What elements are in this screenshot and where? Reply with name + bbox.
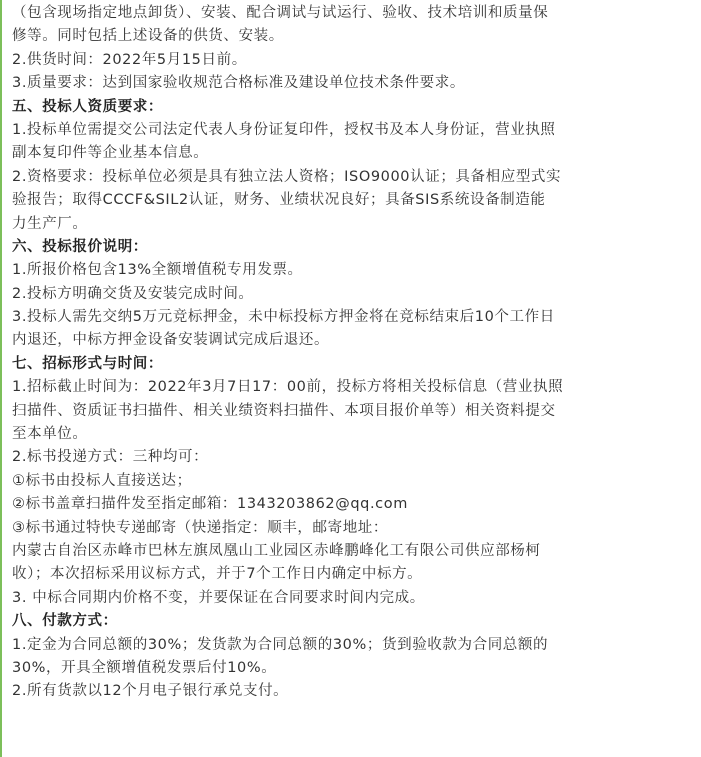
address-line: 内蒙古自治区赤峰市巴林左旗凤凰山工业园区赤峰鹏峰化工有限公司供应部杨柯: [12, 540, 701, 563]
text-line: 2.所有货款以12个月电子银行承兑支付。: [12, 680, 701, 703]
email-line: ②标书盖章扫描件发至指定邮箱：1343203862@qq.com: [12, 493, 701, 516]
text-line: 3.投标人需先交纳5万元竞标押金，未中标投标方押金将在竞标结束后10个工作日: [12, 306, 701, 329]
text-line: 1.定金为合同总额的30%；发货款为合同总额的30%；货到验收款为合同总额的: [12, 634, 701, 657]
text-line: 收）；本次招标采用议标方式，并于7个工作日内确定中标方。: [12, 563, 701, 586]
section-heading-bid-pricing: 六、投标报价说明：: [12, 236, 701, 259]
text-line: 修等。同时包括上述设备的供货、安装。: [12, 25, 701, 48]
text-line: ③标书通过特快专递邮寄（快递指定：顺丰，邮寄地址：: [12, 517, 701, 540]
text-line: 30%，开具全额增值税发票后付10%。: [12, 657, 701, 680]
text-line: 力生产厂。: [12, 213, 701, 236]
section-heading-payment-method: 八、付款方式：: [12, 610, 701, 633]
quality-requirement-line: 3.质量要求：达到国家验收规范合格标准及建设单位技术条件要求。: [12, 72, 701, 95]
text-line: 2.资格要求：投标单位必须是具有独立法人资格；ISO9000认证；具备相应型式实: [12, 166, 701, 189]
text-line: 1.所报价格包含13%全额增值税专用发票。: [12, 259, 701, 282]
text-line: 至本单位。: [12, 423, 701, 446]
text-line: 扫描件、资质证书扫描件、相关业绩资料扫描件、本项目报价单等）相关资料提交: [12, 400, 701, 423]
text-line: 1.投标单位需提交公司法定代表人身份证复印件，授权书及本人身份证，营业执照: [12, 119, 701, 142]
text-line: 1.招标截止时间为：2022年3月7日17：00前，投标方将相关投标信息（营业执…: [12, 376, 701, 399]
text-line: 2.投标方明确交货及安装完成时间。: [12, 283, 701, 306]
tender-document-body: （包含现场指定地点卸货）、安装、配合调试与试运行、验收、技术培训和质量保 修等。…: [0, 0, 701, 757]
text-line: （包含现场指定地点卸货）、安装、配合调试与试运行、验收、技术培训和质量保: [12, 2, 701, 25]
supply-time-line: 2.供货时间：2022年5月15日前。: [12, 49, 701, 72]
section-heading-bidder-qualifications: 五、投标人资质要求：: [12, 96, 701, 119]
text-line: ①标书由投标人直接送达；: [12, 470, 701, 493]
text-line: 内退还，中标方押金设备安装调试完成后退还。: [12, 329, 701, 352]
text-line: 验报告；取得CCCF&SIL2认证，财务、业绩状况良好；具备SIS系统设备制造能: [12, 189, 701, 212]
text-line: 2.标书投递方式：三种均可：: [12, 446, 701, 469]
text-line: 副本复印件等企业基本信息。: [12, 142, 701, 165]
section-heading-tender-form-and-time: 七、招标形式与时间：: [12, 353, 701, 376]
text-line: 3. 中标合同期内价格不变，并要保证在合同要求时间内完成。: [12, 587, 701, 610]
